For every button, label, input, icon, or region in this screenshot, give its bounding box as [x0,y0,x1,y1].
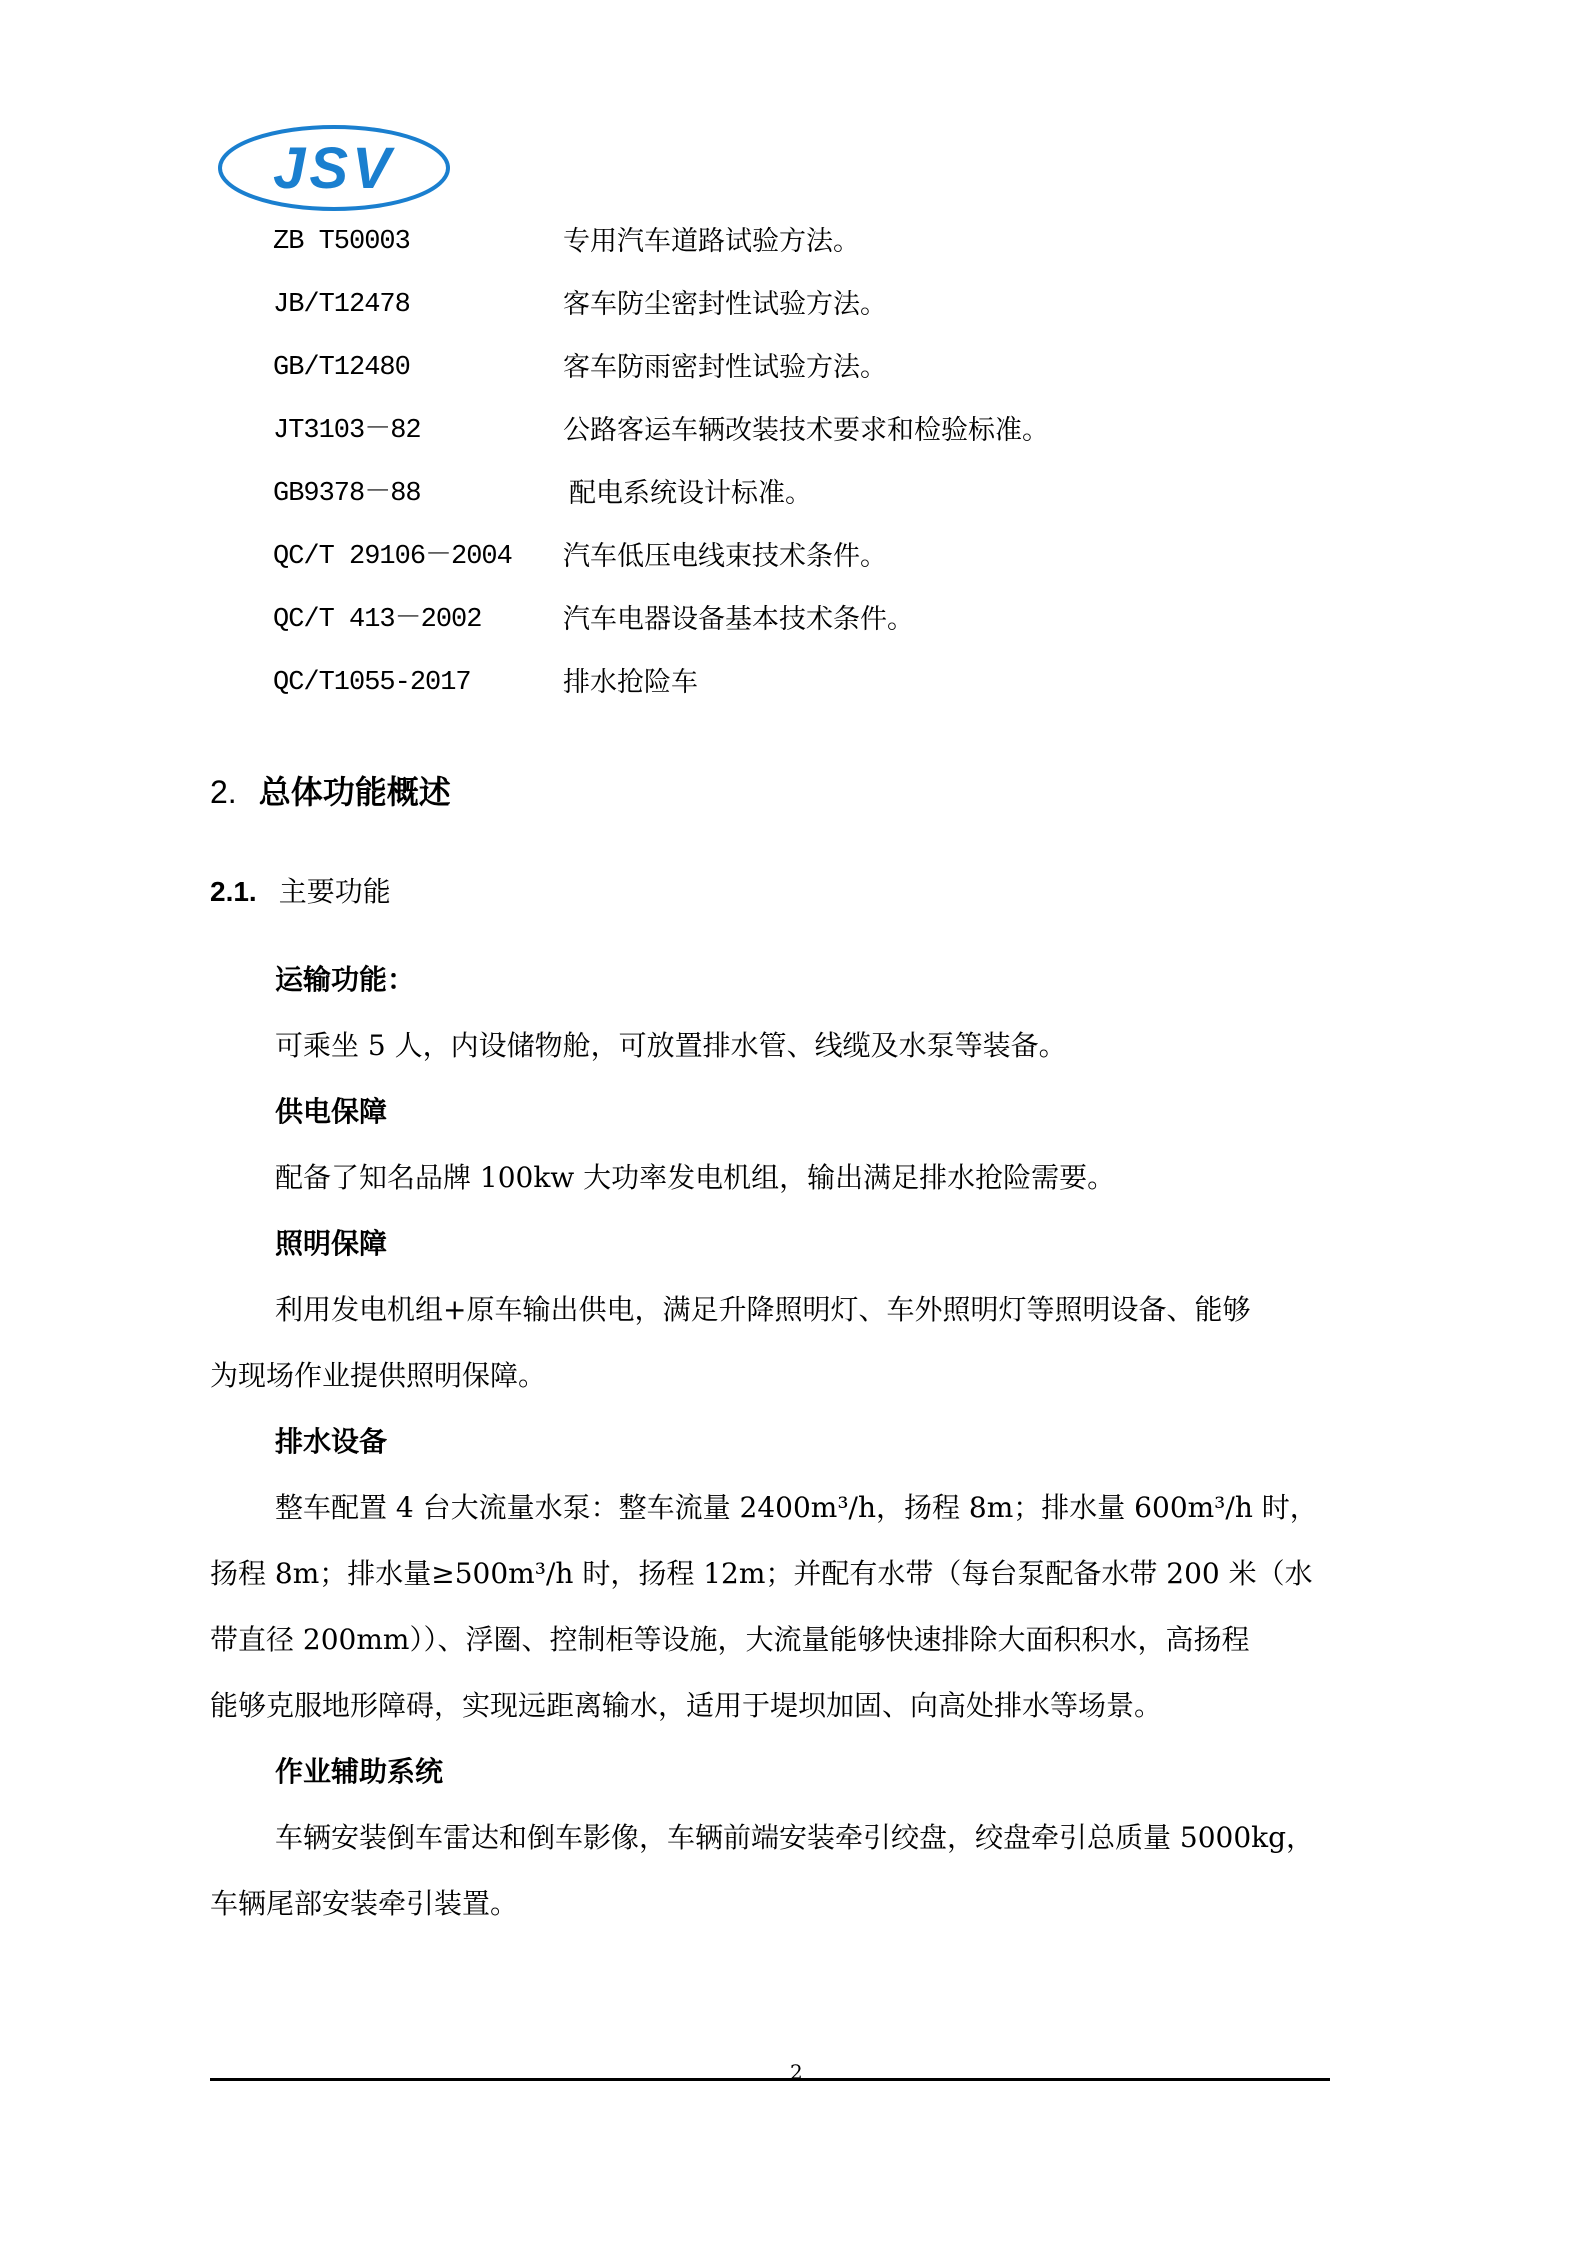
auxiliary-heading: 作业辅助系统 [275,1752,443,1792]
standard-code: JB/T12478 [273,285,410,325]
lighting-text-line: 为现场作业提供照明保障。 [210,1356,546,1396]
standard-code: QC/T 413－2002 [273,600,481,640]
standard-desc: 排水抢险车 [563,663,698,703]
standard-desc: 专用汽车道路试验方法。 [563,222,860,262]
section-title: 总体功能概述 [259,774,451,810]
transport-heading: 运输功能： [275,960,415,1000]
drainage-text-line: 带直径 200mm））、浮圈、控制柜等设施，大流量能够快速排除大面积积水，高扬程 [210,1620,1249,1660]
jsv-logo: JSV [216,122,452,214]
subsection-title: 主要功能 [279,876,391,907]
standard-desc: 客车防尘密封性试验方法。 [563,285,887,325]
svg-text:JSV: JSV [273,136,395,201]
standard-code: GB/T12480 [273,348,410,388]
standard-code: ZB T50003 [273,222,410,262]
section-heading: 2.总体功能概述 [210,770,451,814]
power-text: 配备了知名品牌 100kw 大功率发电机组，输出满足排水抢险需要。 [275,1158,1115,1198]
auxiliary-text-line: 车辆安装倒车雷达和倒车影像，车辆前端安装牵引绞盘，绞盘牵引总质量 5000kg， [275,1818,1314,1858]
drainage-text-line: 整车配置 4 台大流量水泵：整车流量 2400m³/h，扬程 8m；排水量 60… [275,1488,1318,1528]
subsection-number: 2.1. [210,876,257,907]
standard-desc: 公路客运车辆改装技术要求和检验标准。 [563,411,1049,451]
section-number: 2. [210,774,237,810]
drainage-heading: 排水设备 [275,1422,387,1462]
standard-code: JT3103－82 [273,411,421,451]
standard-code: QC/T1055-2017 [273,663,471,703]
standard-desc: 配电系统设计标准。 [569,474,812,514]
standard-code: GB9378－88 [273,474,421,514]
standard-desc: 客车防雨密封性试验方法。 [563,348,887,388]
jsv-logo-icon: JSV [216,122,452,214]
subsection-heading: 2.1.主要功能 [210,872,391,912]
standard-desc: 汽车电器设备基本技术条件。 [563,600,914,640]
standard-code: QC/T 29106－2004 [273,537,512,577]
lighting-text-line: 利用发电机组+原车输出供电，满足升降照明灯、车外照明灯等照明设备、能够 [275,1290,1250,1330]
transport-text: 可乘坐 5 人，内设储物舱，可放置排水管、线缆及水泵等装备。 [275,1026,1067,1066]
standard-desc: 汽车低压电线束技术条件。 [563,537,887,577]
drainage-text-line: 能够克服地形障碍，实现远距离输水，适用于堤坝加固、向高处排水等场景。 [210,1686,1162,1726]
lighting-heading: 照明保障 [275,1224,387,1264]
auxiliary-text-line: 车辆尾部安装牵引装置。 [210,1884,518,1924]
footer-divider [210,2078,1330,2081]
power-heading: 供电保障 [275,1092,387,1132]
drainage-text-line: 扬程 8m；排水量≥500m³/h 时，扬程 12m；并配有水带（每台泵配备水带… [210,1554,1313,1594]
